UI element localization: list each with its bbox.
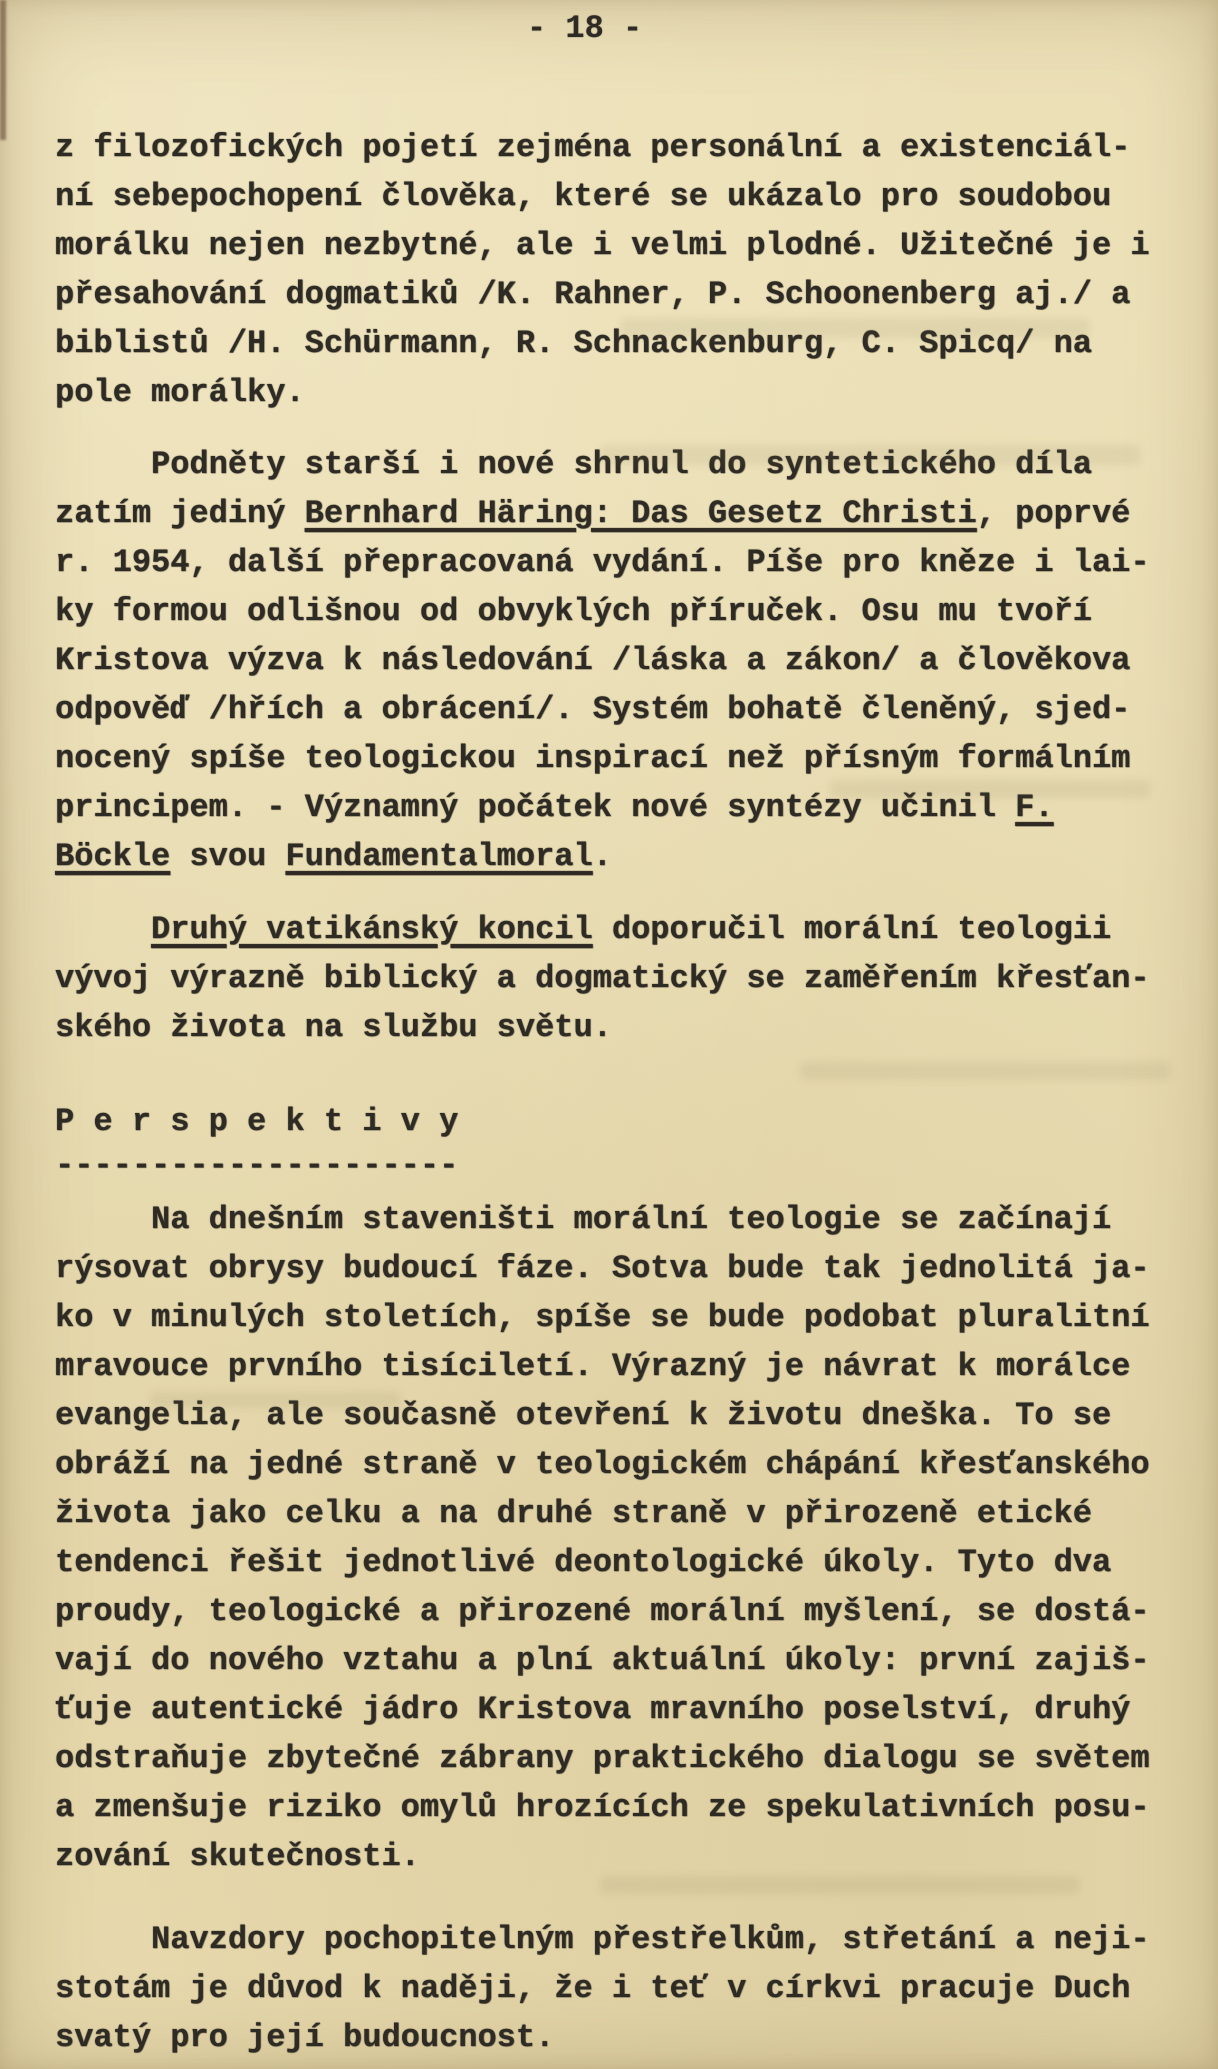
underlined-text: Fundamentalmoral xyxy=(285,838,592,875)
scan-edge-artifact xyxy=(0,0,6,140)
text-line: Navzdory pochopitelným přestřelkům, stře… xyxy=(55,1915,1175,1964)
text-line: ťuje autentické jádro Kristova mravního … xyxy=(55,1685,1175,1734)
text-line: biblistů /H. Schürmann, R. Schnackenburg… xyxy=(55,319,1175,368)
text-line: ky formou odlišnou od obvyklých příruček… xyxy=(55,587,1175,636)
text-line: odstraňuje zbytečné zábrany praktického … xyxy=(55,1734,1175,1783)
text-line: svatý pro její budoucnost. xyxy=(55,2013,1175,2062)
text-line: nocený spíše teologickou inspirací než p… xyxy=(55,734,1175,783)
text-line: zatím jediný Bernhard Häring: Das Gesetz… xyxy=(55,489,1175,538)
text-block: z filozofických pojetí zejména personáln… xyxy=(55,0,1175,2062)
text-line: Na dnešním staveništi morální teologie s… xyxy=(55,1195,1175,1244)
paragraph-closing: Navzdory pochopitelným přestřelkům, stře… xyxy=(55,1915,1175,2062)
text-line: vají do nového vztahu a plní aktuální úk… xyxy=(55,1636,1175,1685)
text-line: ní sebepochopení člověka, které se ukáza… xyxy=(55,172,1175,221)
paragraph-perspektivy-body: Na dnešním staveništi morální teologie s… xyxy=(55,1195,1175,1881)
text-line: a zmenšuje riziko omylů hrozících ze spe… xyxy=(55,1783,1175,1832)
text-line: tendenci řešit jednotlivé deontologické … xyxy=(55,1538,1175,1587)
text-line: z filozofických pojetí zejména personáln… xyxy=(55,123,1175,172)
paragraph-koncil: Druhý vatikánský koncil doporučil moráln… xyxy=(55,905,1175,1052)
text-line: obráží na jedné straně v teologickém chá… xyxy=(55,1440,1175,1489)
text-line: zování skutečnosti. xyxy=(55,1832,1175,1881)
underlined-text: F. xyxy=(1015,789,1053,826)
underlined-text: Bernhard Häring: Das Gesetz Christi xyxy=(305,495,977,532)
text-line: proudy, teologické a přirozené morální m… xyxy=(55,1587,1175,1636)
text-line: morálku nejen nezbytné, ale i velmi plod… xyxy=(55,221,1175,270)
text-line: Kristova výzva k následování /láska a zá… xyxy=(55,636,1175,685)
text-line: odpověď /hřích a obrácení/. Systém bohat… xyxy=(55,685,1175,734)
text-line: r. 1954, další přepracovaná vydání. Píše… xyxy=(55,538,1175,587)
underlined-text: Druhý vatikánský koncil xyxy=(151,911,593,948)
paragraph-intro: z filozofických pojetí zejména personáln… xyxy=(55,123,1175,417)
text-line: Druhý vatikánský koncil doporučil moráln… xyxy=(55,905,1175,954)
text-line: vývoj výrazně biblický a dogmatický se z… xyxy=(55,954,1175,1003)
underlined-text: Böckle xyxy=(55,838,170,875)
paragraph-haering: Podněty starší i nové shrnul do syntetic… xyxy=(55,440,1175,881)
text-line: P e r s p e k t i v y xyxy=(55,1100,1175,1144)
text-line: mravouce prvního tisíciletí. Výrazný je … xyxy=(55,1342,1175,1391)
text-line: života jako celku a na druhé straně v př… xyxy=(55,1489,1175,1538)
text-line: ko v minulých stoletích, spíše se bude p… xyxy=(55,1293,1175,1342)
text-line: pole morálky. xyxy=(55,368,1175,417)
text-line: Böckle svou Fundamentalmoral. xyxy=(55,832,1175,881)
text-line: ského života na službu světu. xyxy=(55,1003,1175,1052)
text-line: přesahování dogmatiků /K. Rahner, P. Sch… xyxy=(55,270,1175,319)
section-heading-perspektivy: P e r s p e k t i v y-------------------… xyxy=(55,1100,1175,1188)
text-line: evangelia, ale současně otevření k život… xyxy=(55,1391,1175,1440)
text-line: --------------------- xyxy=(55,1144,1175,1188)
text-line: principem. - Významný počátek nové synté… xyxy=(55,783,1175,832)
scanned-page: { "colors": { "paper": "#e9dcb1", "ink":… xyxy=(0,0,1218,2069)
heading-dash-underline: --------------------- xyxy=(55,1147,458,1184)
text-line: stotám je důvod k naději, že i teť v cír… xyxy=(55,1964,1175,2013)
text-line: rýsovat obrysy budoucí fáze. Sotva bude … xyxy=(55,1244,1175,1293)
text-line: Podněty starší i nové shrnul do syntetic… xyxy=(55,440,1175,489)
